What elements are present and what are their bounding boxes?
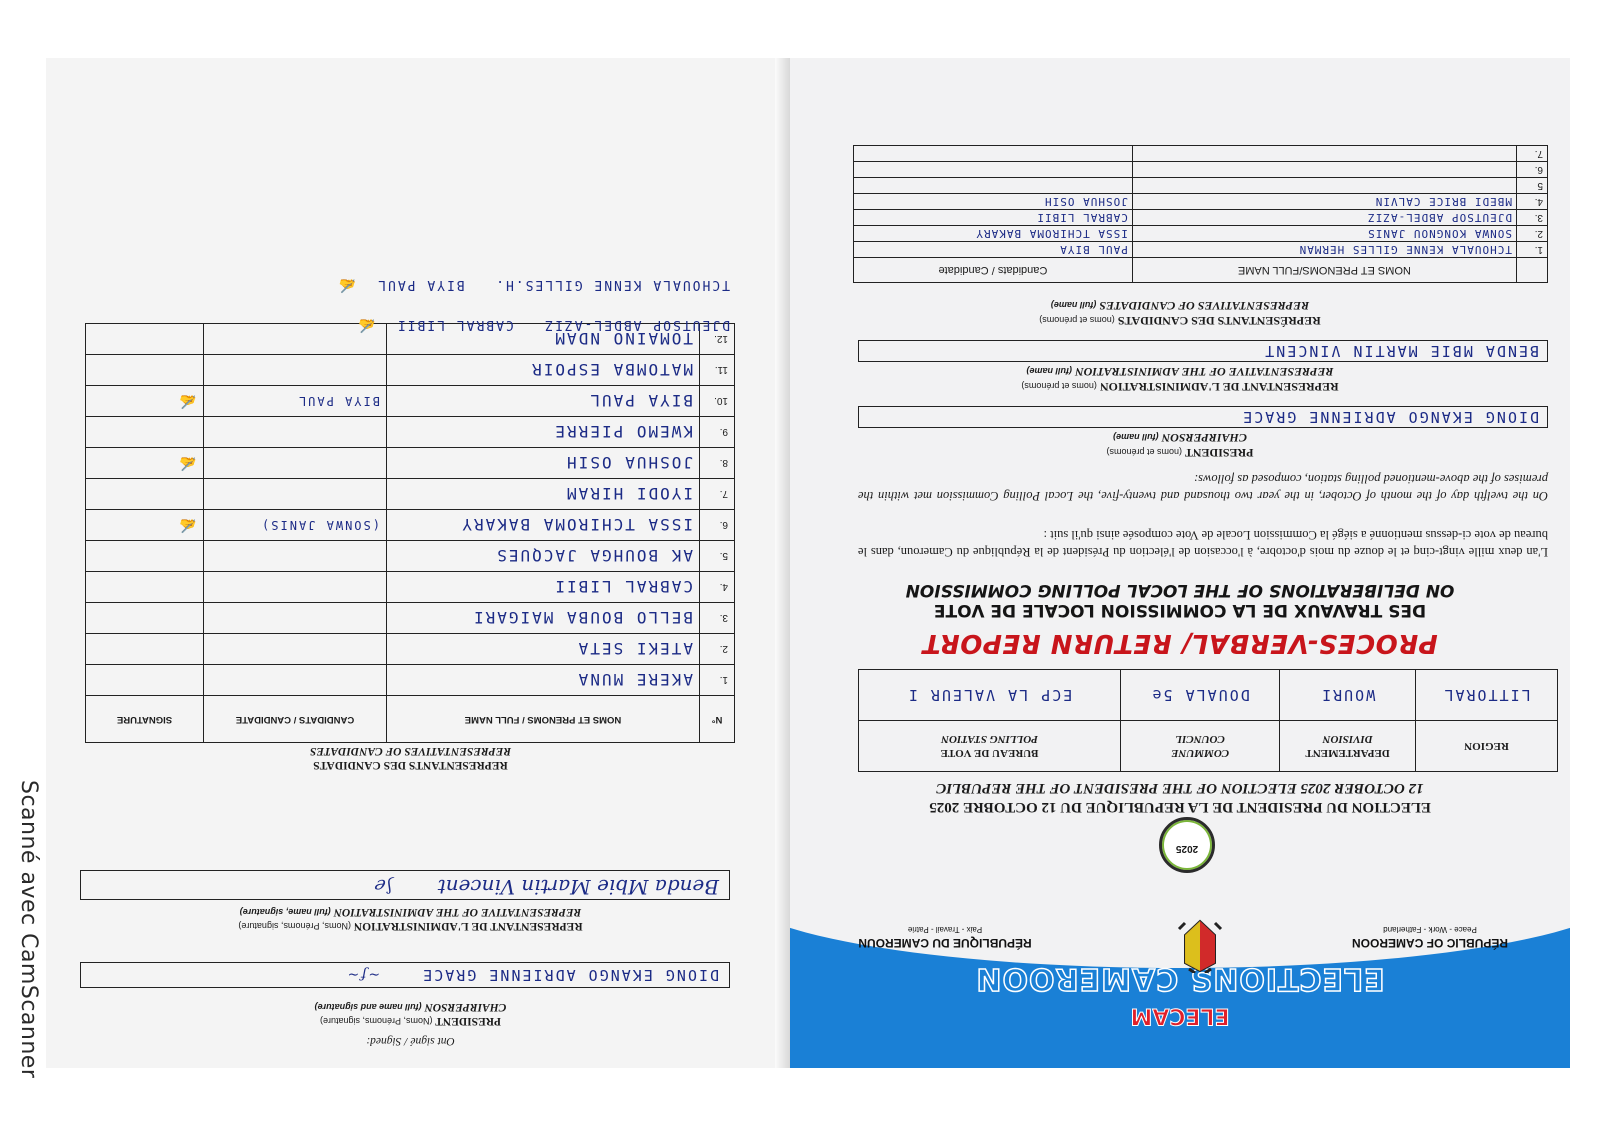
rep-name: DJEUTSOP ABDEL-AZIZ [1132,210,1516,226]
signature-mark: ✍ [337,277,356,293]
rep-candidate [204,541,387,572]
rep-candidate [204,448,387,479]
row-number: 2. [1517,226,1548,242]
signature-mark: ✍ [180,393,197,409]
signature-mark: ✍ [357,317,376,333]
rep-candidate [204,603,387,634]
row-number: 10. [700,386,735,417]
signature-mark: ~ƒ~ [345,966,380,982]
row-number: 3. [1517,210,1548,226]
row-number: 4. [700,572,735,603]
rep-signature [86,572,204,603]
rep-name: AK BOUHGA JACQUES [387,541,700,572]
rep-name [1132,162,1516,178]
republic-fr: RÉPUBLIQUE DU CAMEROUN Paix - Travail - … [815,925,1075,950]
row-number: 1. [1517,242,1548,258]
col-number [1517,258,1548,283]
election-seal-icon: 2025 [1159,817,1215,873]
rep-name: ISSA TCHIROMA BAKARY [387,510,700,541]
rep-candidate: (SONWA JANIS) [204,510,387,541]
report-subtitle: DES TRAVAUX DE LA COMMISSION LOCALE DE V… [790,580,1570,620]
row-number: 8. [700,448,735,479]
cover-page: ELECAM ELECTIONS CAMEROON RÉPUBLIQUE DU … [790,58,1570,1068]
republic-en-text: RÉPUBLIC OF CAMEROON [1352,936,1508,950]
sig-president-label: PRESIDENT (Noms, Prénoms, signature) CHA… [46,1000,775,1028]
col-full-name: NOMS ET PRENOMS / FULL NAME [387,696,700,743]
rep-candidate: BIYA PAUL [204,386,387,417]
signed-label: Ont signé / Signed: [46,1034,775,1048]
rep-name: SONWA KONGNOU JANIS [1132,226,1516,242]
election-title: ELECTION DU PRESIDENT DE LA REPUBLIQUE D… [850,778,1510,816]
table-row: 7.IYODI HIRAM [86,479,735,510]
additional-signature-row: TCHOUALA KENNE GILLES.H. BIYA PAUL ✍ [337,277,730,293]
rep-candidate: PAUL BIYA [854,242,1133,258]
rep-candidate [854,146,1133,162]
table-row: 5.AK BOUHGA JACQUES [86,541,735,572]
row-number: 7. [700,479,735,510]
col-candidate: Candidats / Candidate [854,258,1133,283]
report-subtitle-en: ON DELIBERATIONS OF THE LOCAL POLLING CO… [790,580,1570,600]
table-row: 1.AKERE MUNA [86,665,735,696]
rep-candidate: ISSA TCHIROMA BAKARY [854,226,1133,242]
table-row: 9.KWEMO PIERRE [86,417,735,448]
row-number: 5. [700,541,735,572]
row-number: 4. [1517,194,1548,210]
col-signature: SIGNATURE [86,696,204,743]
rep-name: DJEUTSOP ABDEL-AZIZ [543,317,730,332]
rep-signature: ✍ [86,510,204,541]
report-subtitle-fr: DES TRAVAUX DE LA COMMISSION LOCALE DE V… [790,600,1570,620]
header-region: REGION [1416,721,1558,772]
col-full-name: NOMS ET PRENOMS/FULL NAME [1132,258,1516,283]
rep-candidate [204,634,387,665]
candidate-reps-table: NOMS ET PRENOMS/FULL NAME Candidats / Ca… [853,145,1548,283]
rep-candidate: JOSHUA OSIH [854,194,1133,210]
rep-name: BIYA PAUL [387,386,700,417]
rep-candidate: BIYA PAUL [376,277,464,292]
intro-paragraph-fr: L'an deux mille vingt-cinq et le douze d… [858,526,1548,560]
republic-en: RÉPUBLIC OF CAMEROON Peace - Work - Fath… [1330,925,1530,950]
table-row: 11.MATOMBA ESPOIR [86,355,735,386]
president-label: PRESIDENT (noms et prénoms) CHAIRPERSON … [790,430,1570,460]
row-number: 9. [700,417,735,448]
sig-president-name: DIONG EKANGO ADRIENNE GRACE [421,966,719,984]
rep-name: KWEMO PIERRE [387,417,700,448]
row-number: 5 [1517,178,1548,194]
rep-name: TCHOUALA KENNE GILLES.H. [494,277,730,292]
table-row: 3.BELLO BOUBA MAIGARI [86,603,735,634]
rep-candidate [204,572,387,603]
table-row: 7. [854,146,1548,162]
page-fold [775,58,790,1068]
council-value: DOUALA 5e [1121,670,1280,721]
candidate-reps-label: REPRÉSENTANTS DES CANDIDATS (noms et pré… [790,298,1570,328]
rep-candidate [854,162,1133,178]
rep-name: MBEDI BRICE CALVIN [1132,194,1516,210]
signature-mark: ⟆ℯ [376,875,394,896]
table-row: 4.CABRAL LIBII [86,572,735,603]
polling-station-value: ECP LA VALEUR I [859,670,1121,721]
rep-name [1132,178,1516,194]
table-row: 10.BIYA PAULBIYA PAUL✍ [86,386,735,417]
rep-signature [86,355,204,386]
division-value: WOURI [1280,670,1416,721]
row-number: 3. [700,603,735,634]
rep-candidate [204,479,387,510]
report-title: PROCES-VERBAL/ RETURN REPORT [790,628,1570,658]
rep-name: ATEKI SETA [387,634,700,665]
table-row: 2.SONWA KONGNOU JANISISSA TCHIROMA BAKAR… [854,226,1548,242]
rep-name: AKERE MUNA [387,665,700,696]
rep-candidate [854,178,1133,194]
signature-page: Ont signé / Signed: PRESIDENT (Noms, Pré… [46,58,775,1068]
rep-signature: ✍ [86,386,204,417]
rep-signature [86,541,204,572]
rep-signature [86,603,204,634]
rep-signature [86,417,204,448]
table-row: 2.ATEKI SETA [86,634,735,665]
sig-admin-field: Benda Mbie Martin Vincent ⟆ℯ [80,870,730,900]
row-number: 6. [1517,162,1548,178]
motto-fr: Paix - Travail - Patrie [815,925,1075,934]
rep-name: TCHOUALA KENNE GILLES HERMAN [1132,242,1516,258]
rep-name: JOSHUA OSIH [387,448,700,479]
sig-admin-name: Benda Mbie Martin Vincent [438,875,719,899]
camscanner-watermark: Scanné avec CamScanner [16,780,41,1078]
row-number: 7. [1517,146,1548,162]
row-number: 2. [700,634,735,665]
location-table: REGION DEPARTEMENTDIVISION COMMUNECOUNCI… [858,669,1558,772]
motto-en: Peace - Work - Fatherland [1330,925,1530,934]
rep-name: IYODI HIRAM [387,479,700,510]
election-title-fr: ELECTION DU PRESIDENT DE LA REPUBLIQUE D… [850,797,1510,816]
header-division: DEPARTEMENTDIVISION [1280,721,1416,772]
scanned-document: ELECAM ELECTIONS CAMEROON RÉPUBLIQUE DU … [46,58,1570,1068]
rep-candidate [204,355,387,386]
sig-candidate-reps-label: REPRESENTANTS DES CANDIDATS REPRESENTATI… [46,744,775,772]
region-value: LITTORAL [1416,670,1558,721]
signature-mark: ✍ [180,517,197,533]
rep-name: CABRAL LIBII [387,572,700,603]
table-row: 6.ISSA TCHIROMA BAKARY(SONWA JANIS)✍ [86,510,735,541]
row-number: 1. [700,665,735,696]
table-row: 1.TCHOUALA KENNE GILLES HERMANPAUL BIYA [854,242,1548,258]
president-name-field: DIONG EKANGO ADRIENNE GRACE [858,406,1548,428]
admin-rep-name-field: BENDA MBIE MARTIN VINCENT [858,340,1548,362]
org-acronym: ELECAM [790,1003,1570,1028]
table-row: 8.JOSHUA OSIH✍ [86,448,735,479]
table-row: 3.DJEUTSOP ABDEL-AZIZCABRAL LIBII [854,210,1548,226]
sig-president-field: DIONG EKANGO ADRIENNE GRACE ~ƒ~ [80,962,730,988]
signature-mark: ✍ [180,455,197,471]
rep-name [1132,146,1516,162]
rep-candidate: CABRAL LIBII [396,317,514,332]
admin-rep-label: REPRESENTANT DE L'ADMINISTRATION (noms e… [790,364,1570,394]
coat-of-arms-icon [1175,913,1225,973]
rep-signature [86,634,204,665]
header-council: COMMUNECOUNCIL [1121,721,1280,772]
row-number: 6. [700,510,735,541]
rep-signature [86,665,204,696]
header-polling-station: BUREAU DE VOTEPOLLING STATION [859,721,1121,772]
table-row: 5 [854,178,1548,194]
rep-signature [86,479,204,510]
election-title-en: 12 OCTOBER 2025 ELECTION OF THE PRESIDEN… [850,778,1510,797]
row-number: 11. [700,355,735,386]
rep-signature [86,324,204,355]
rep-candidate: CABRAL LIBII [854,210,1133,226]
sig-admin-label: REPRESENTANT DE L'ADMINISTRATION (Noms, … [46,905,775,933]
rep-name: MATOMBA ESPOIR [387,355,700,386]
seal-text: 2025 [1162,843,1212,854]
rep-name: BELLO BOUBA MAIGARI [387,603,700,634]
col-number: N° [700,696,735,743]
rep-candidate [204,417,387,448]
rep-candidate [204,665,387,696]
table-row: 6. [854,162,1548,178]
col-candidate: CANDIDATS / CANDIDATE [204,696,387,743]
sig-candidate-reps-table: N° NOMS ET PRENOMS / FULL NAME CANDIDATS… [85,323,735,743]
table-row: 4.MBEDI BRICE CALVINJOSHUA OSIH [854,194,1548,210]
additional-signature-row: DJEUTSOP ABDEL-AZIZ CABRAL LIBII ✍ [357,317,730,333]
intro-paragraph-en: On the twelfth day of the month of Octob… [858,470,1548,504]
rep-signature: ✍ [86,448,204,479]
republic-fr-text: RÉPUBLIQUE DU CAMEROUN [858,936,1031,950]
